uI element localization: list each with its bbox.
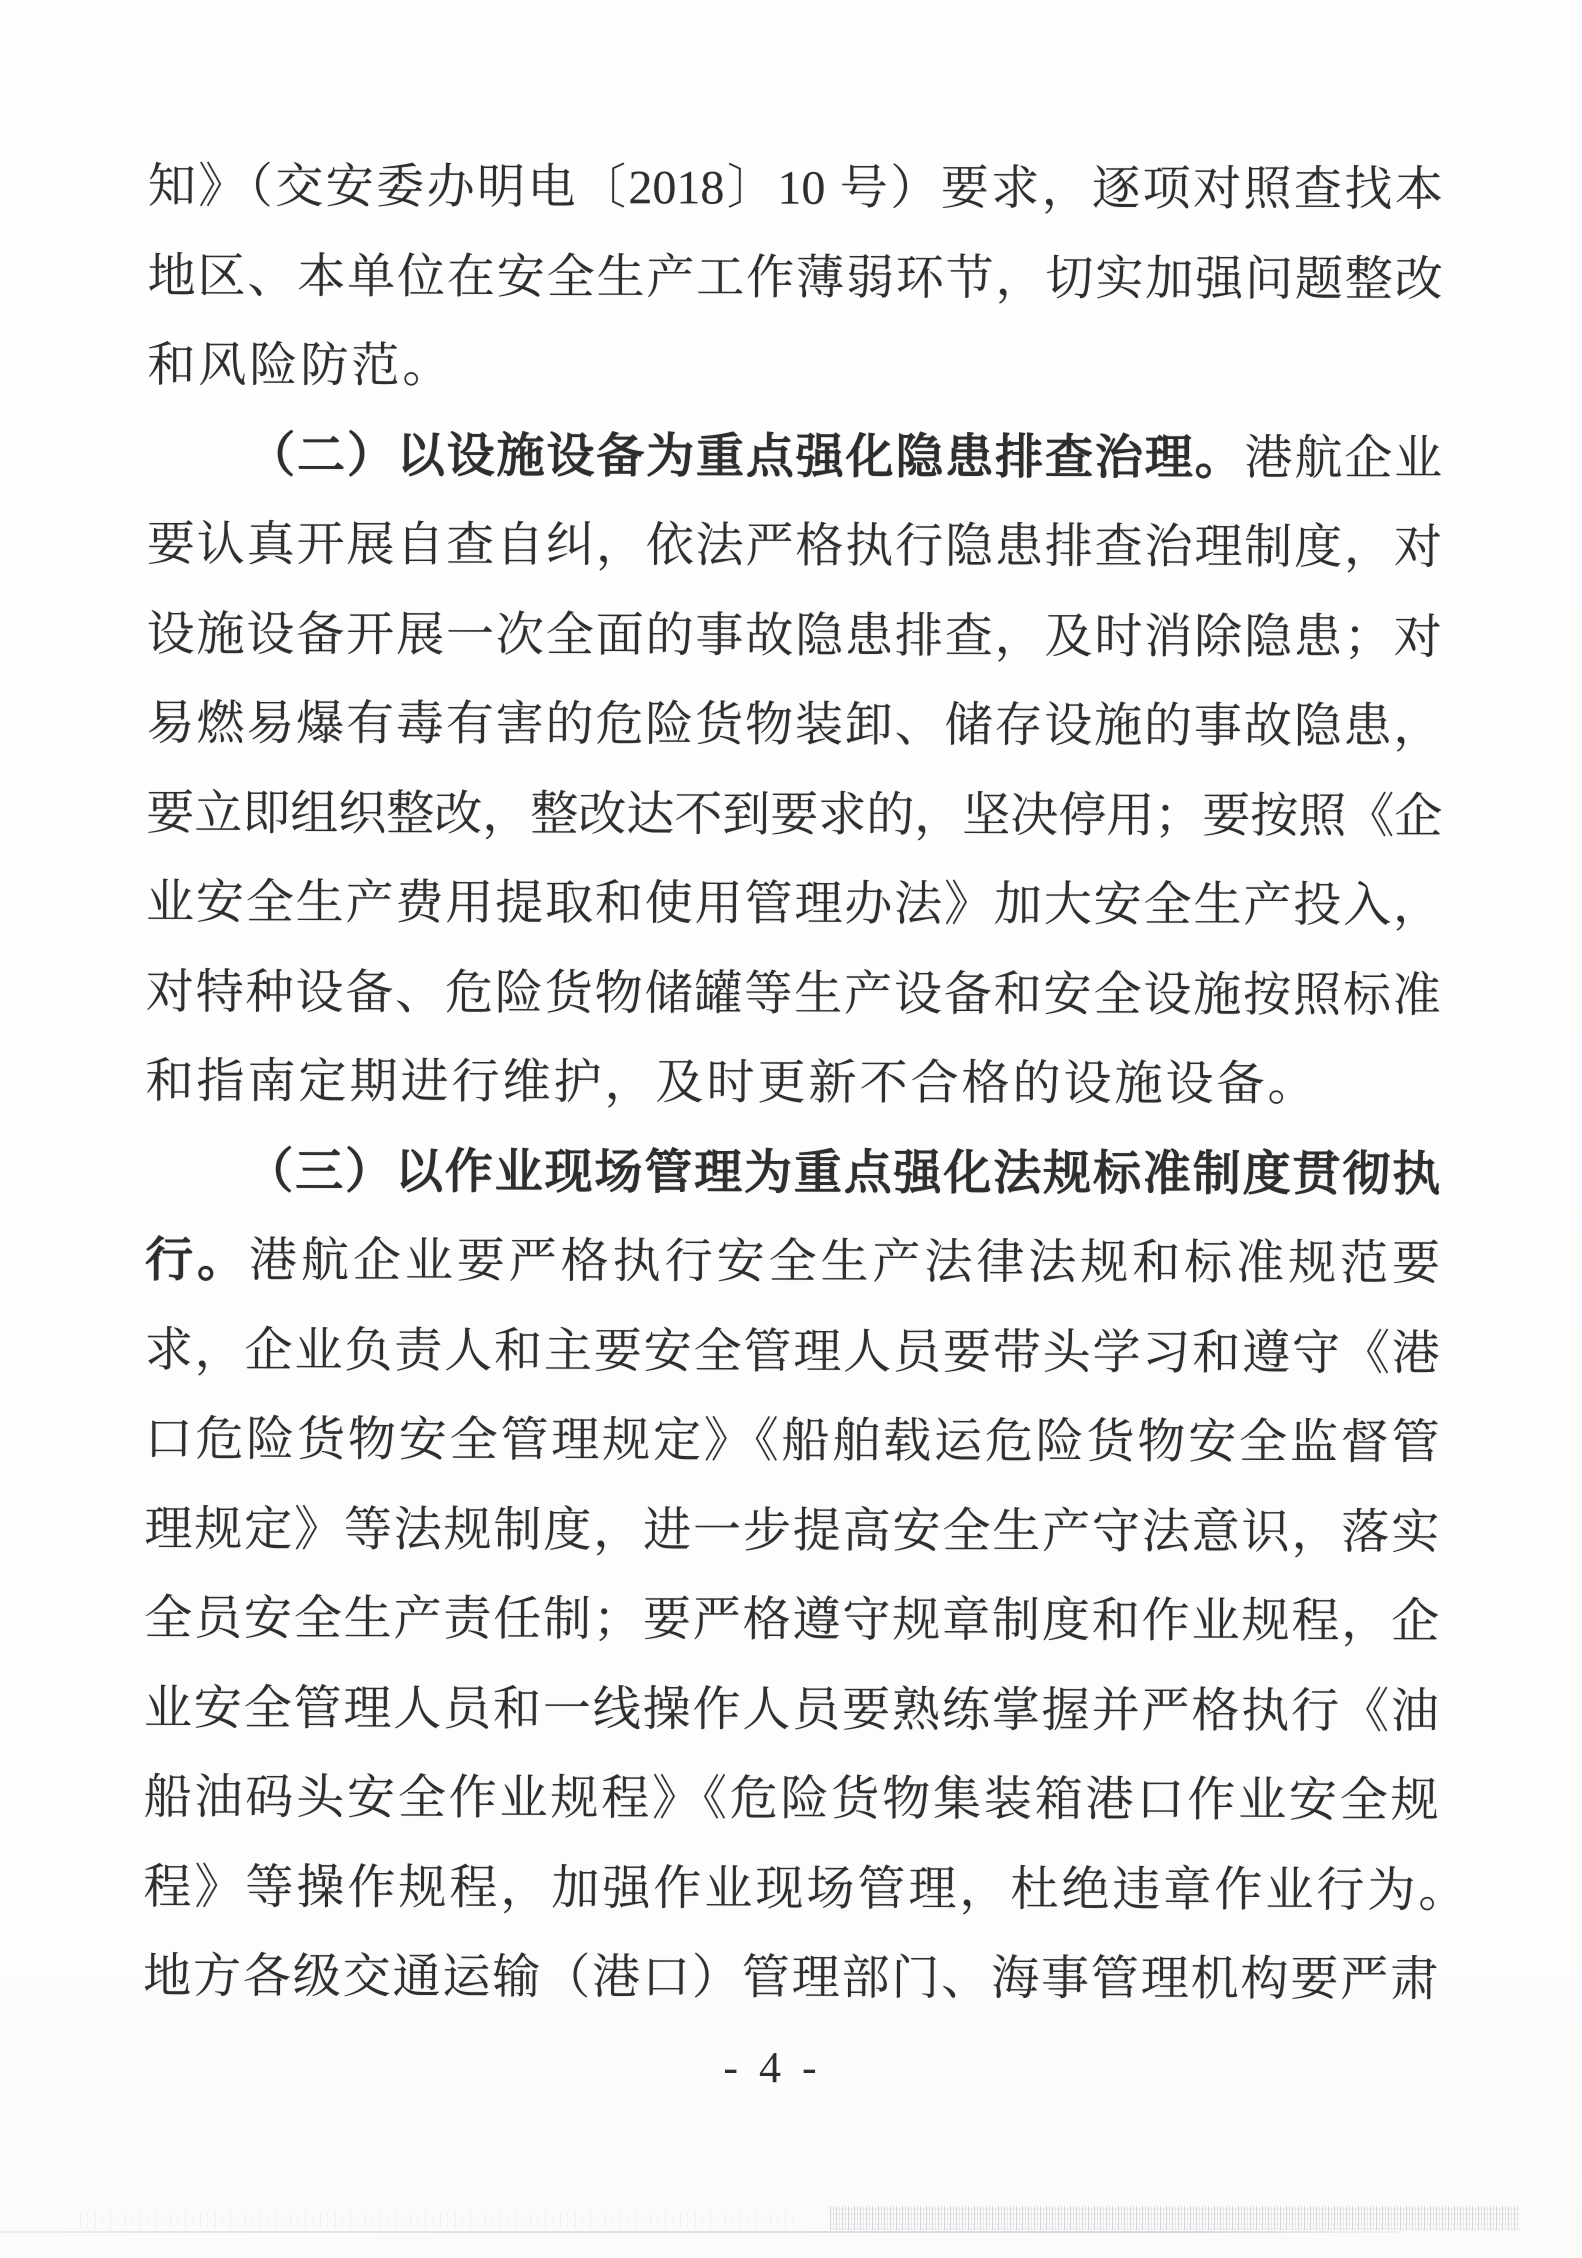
text-line: 全员安全生产责任制；要严格遵守规章制度和作业规程，企 bbox=[144, 1574, 1439, 1667]
text-line: 对特种设备、危险货物储罐等生产设备和安全设施按照标准 bbox=[146, 947, 1441, 1040]
text-line: 设施设备开展一次全面的事故隐患排查，及时消除隐患；对 bbox=[147, 589, 1442, 682]
scan-artifact-line bbox=[0, 2231, 1400, 2233]
body-segment: 和指南定期进行维护，及时更新不合格的设施设备。 bbox=[145, 1055, 1318, 1111]
body-segment: 知》（交安委办明电〔2018〕10 号）要求，逐项对照查找本 bbox=[148, 160, 1443, 216]
text-line: 易燃易爆有毒有害的危险货物装卸、储存设施的事故隐患， bbox=[146, 679, 1441, 772]
text-line: 地方各级交通运输（港口）管理部门、海事管理机构要严肃 bbox=[143, 1932, 1438, 2025]
text-line: 船油码头安全作业规程》《危险货物集装箱港口作业安全规 bbox=[144, 1753, 1439, 1846]
page-number: - 4 - bbox=[0, 2042, 1545, 2093]
body-segment: 和风险防范。 bbox=[147, 339, 453, 393]
body-segment: 地区、本单位在安全生产工作薄弱环节，切实加强问题整改 bbox=[148, 249, 1443, 305]
body-segment: 全员安全生产责任制；要严格遵守规章制度和作业规程，企 bbox=[144, 1592, 1439, 1648]
body-segment: 求，企业负责人和主要安全管理人员要带头学习和遵守《港 bbox=[145, 1323, 1440, 1379]
body-segment: 理规定》等法规制度，进一步提高安全生产守法意识，落实 bbox=[144, 1502, 1439, 1558]
text-line: 程》等操作规程，加强作业现场管理，杜绝违章作业行为。 bbox=[143, 1842, 1438, 1935]
text-line: （三）以作业现场管理为重点强化法规标准制度贯彻执 bbox=[145, 1126, 1440, 1219]
text-line: 地区、本单位在安全生产工作薄弱环节，切实加强问题整改 bbox=[148, 231, 1443, 324]
heading-segment: （二）以设施设备为重点强化隐患排查治理。 bbox=[247, 429, 1245, 485]
text-line: 和指南定期进行维护，及时更新不合格的设施设备。 bbox=[145, 1037, 1440, 1130]
text-line: 要立即组织整改，整改达不到要求的，坚决停用；要按照《企 bbox=[146, 768, 1441, 861]
body-segment: 业安全生产费用提取和使用管理办法》加大安全生产投入， bbox=[146, 876, 1441, 932]
scan-artifact-noise-left bbox=[80, 2212, 800, 2228]
body-segment: 设施设备开展一次全面的事故隐患排查，及时消除隐患；对 bbox=[147, 607, 1442, 663]
text-line: 求，企业负责人和主要安全管理人员要带头学习和遵守《港 bbox=[145, 1305, 1440, 1398]
body-segment: 业安全管理人员和一线操作人员要熟练掌握并严格执行《油 bbox=[144, 1681, 1439, 1737]
heading-segment: （三）以作业现场管理为重点强化法规标准制度贯彻执 bbox=[245, 1145, 1440, 1201]
text-line: 和风险防范。 bbox=[147, 321, 1442, 414]
body-segment: 要立即组织整改，整改达不到要求的，坚决停用；要按照《企 bbox=[146, 786, 1442, 842]
text-line: 知》（交安委办明电〔2018〕10 号）要求，逐项对照查找本 bbox=[148, 142, 1443, 235]
body-segment: 口危险货物安全管理规定》《船舶载运危险货物安全监督管 bbox=[145, 1413, 1440, 1469]
scan-artifact-noise-right bbox=[830, 2206, 1520, 2230]
body-segment: 易燃易爆有毒有害的危险货物装卸、储存设施的事故隐患， bbox=[146, 697, 1441, 753]
text-line: 行。港航企业要严格执行安全生产法律法规和标准规范要 bbox=[145, 1216, 1440, 1309]
text-line: 要认真开展自查自纠，依法严格执行隐患排查治理制度，对 bbox=[147, 500, 1442, 593]
document-page: 知》（交安委办明电〔2018〕10 号）要求，逐项对照查找本地区、本单位在安全生… bbox=[0, 0, 1582, 2258]
text-line: 口危险货物安全管理规定》《船舶载运危险货物安全监督管 bbox=[144, 1395, 1439, 1488]
text-line: 业安全管理人员和一线操作人员要熟练掌握并严格执行《油 bbox=[144, 1663, 1439, 1756]
document-body: 知》（交安委办明电〔2018〕10 号）要求，逐项对照查找本地区、本单位在安全生… bbox=[143, 142, 1443, 2025]
text-line: 理规定》等法规制度，进一步提高安全生产守法意识，落实 bbox=[144, 1484, 1439, 1577]
body-segment: 船油码头安全作业规程》《危险货物集装箱港口作业安全规 bbox=[144, 1771, 1439, 1827]
text-line: 业安全生产费用提取和使用管理办法》加大安全生产投入， bbox=[146, 858, 1441, 951]
body-segment: 地方各级交通运输（港口）管理部门、海事管理机构要严肃 bbox=[143, 1950, 1438, 2006]
body-segment: 程》等操作规程，加强作业现场管理，杜绝违章作业行为。 bbox=[143, 1860, 1469, 1916]
body-segment: 港航企业 bbox=[1244, 431, 1442, 485]
heading-segment: 行。 bbox=[145, 1234, 249, 1287]
body-segment: 港航企业要严格执行安全生产法律法规和标准规范要 bbox=[249, 1234, 1440, 1290]
body-segment: 要认真开展自查自纠，依法严格执行隐患排查治理制度，对 bbox=[147, 518, 1442, 574]
body-segment: 对特种设备、危险货物储罐等生产设备和安全设施按照标准 bbox=[146, 965, 1441, 1021]
text-line: （二）以设施设备为重点强化隐患排查治理。港航企业 bbox=[147, 410, 1442, 503]
